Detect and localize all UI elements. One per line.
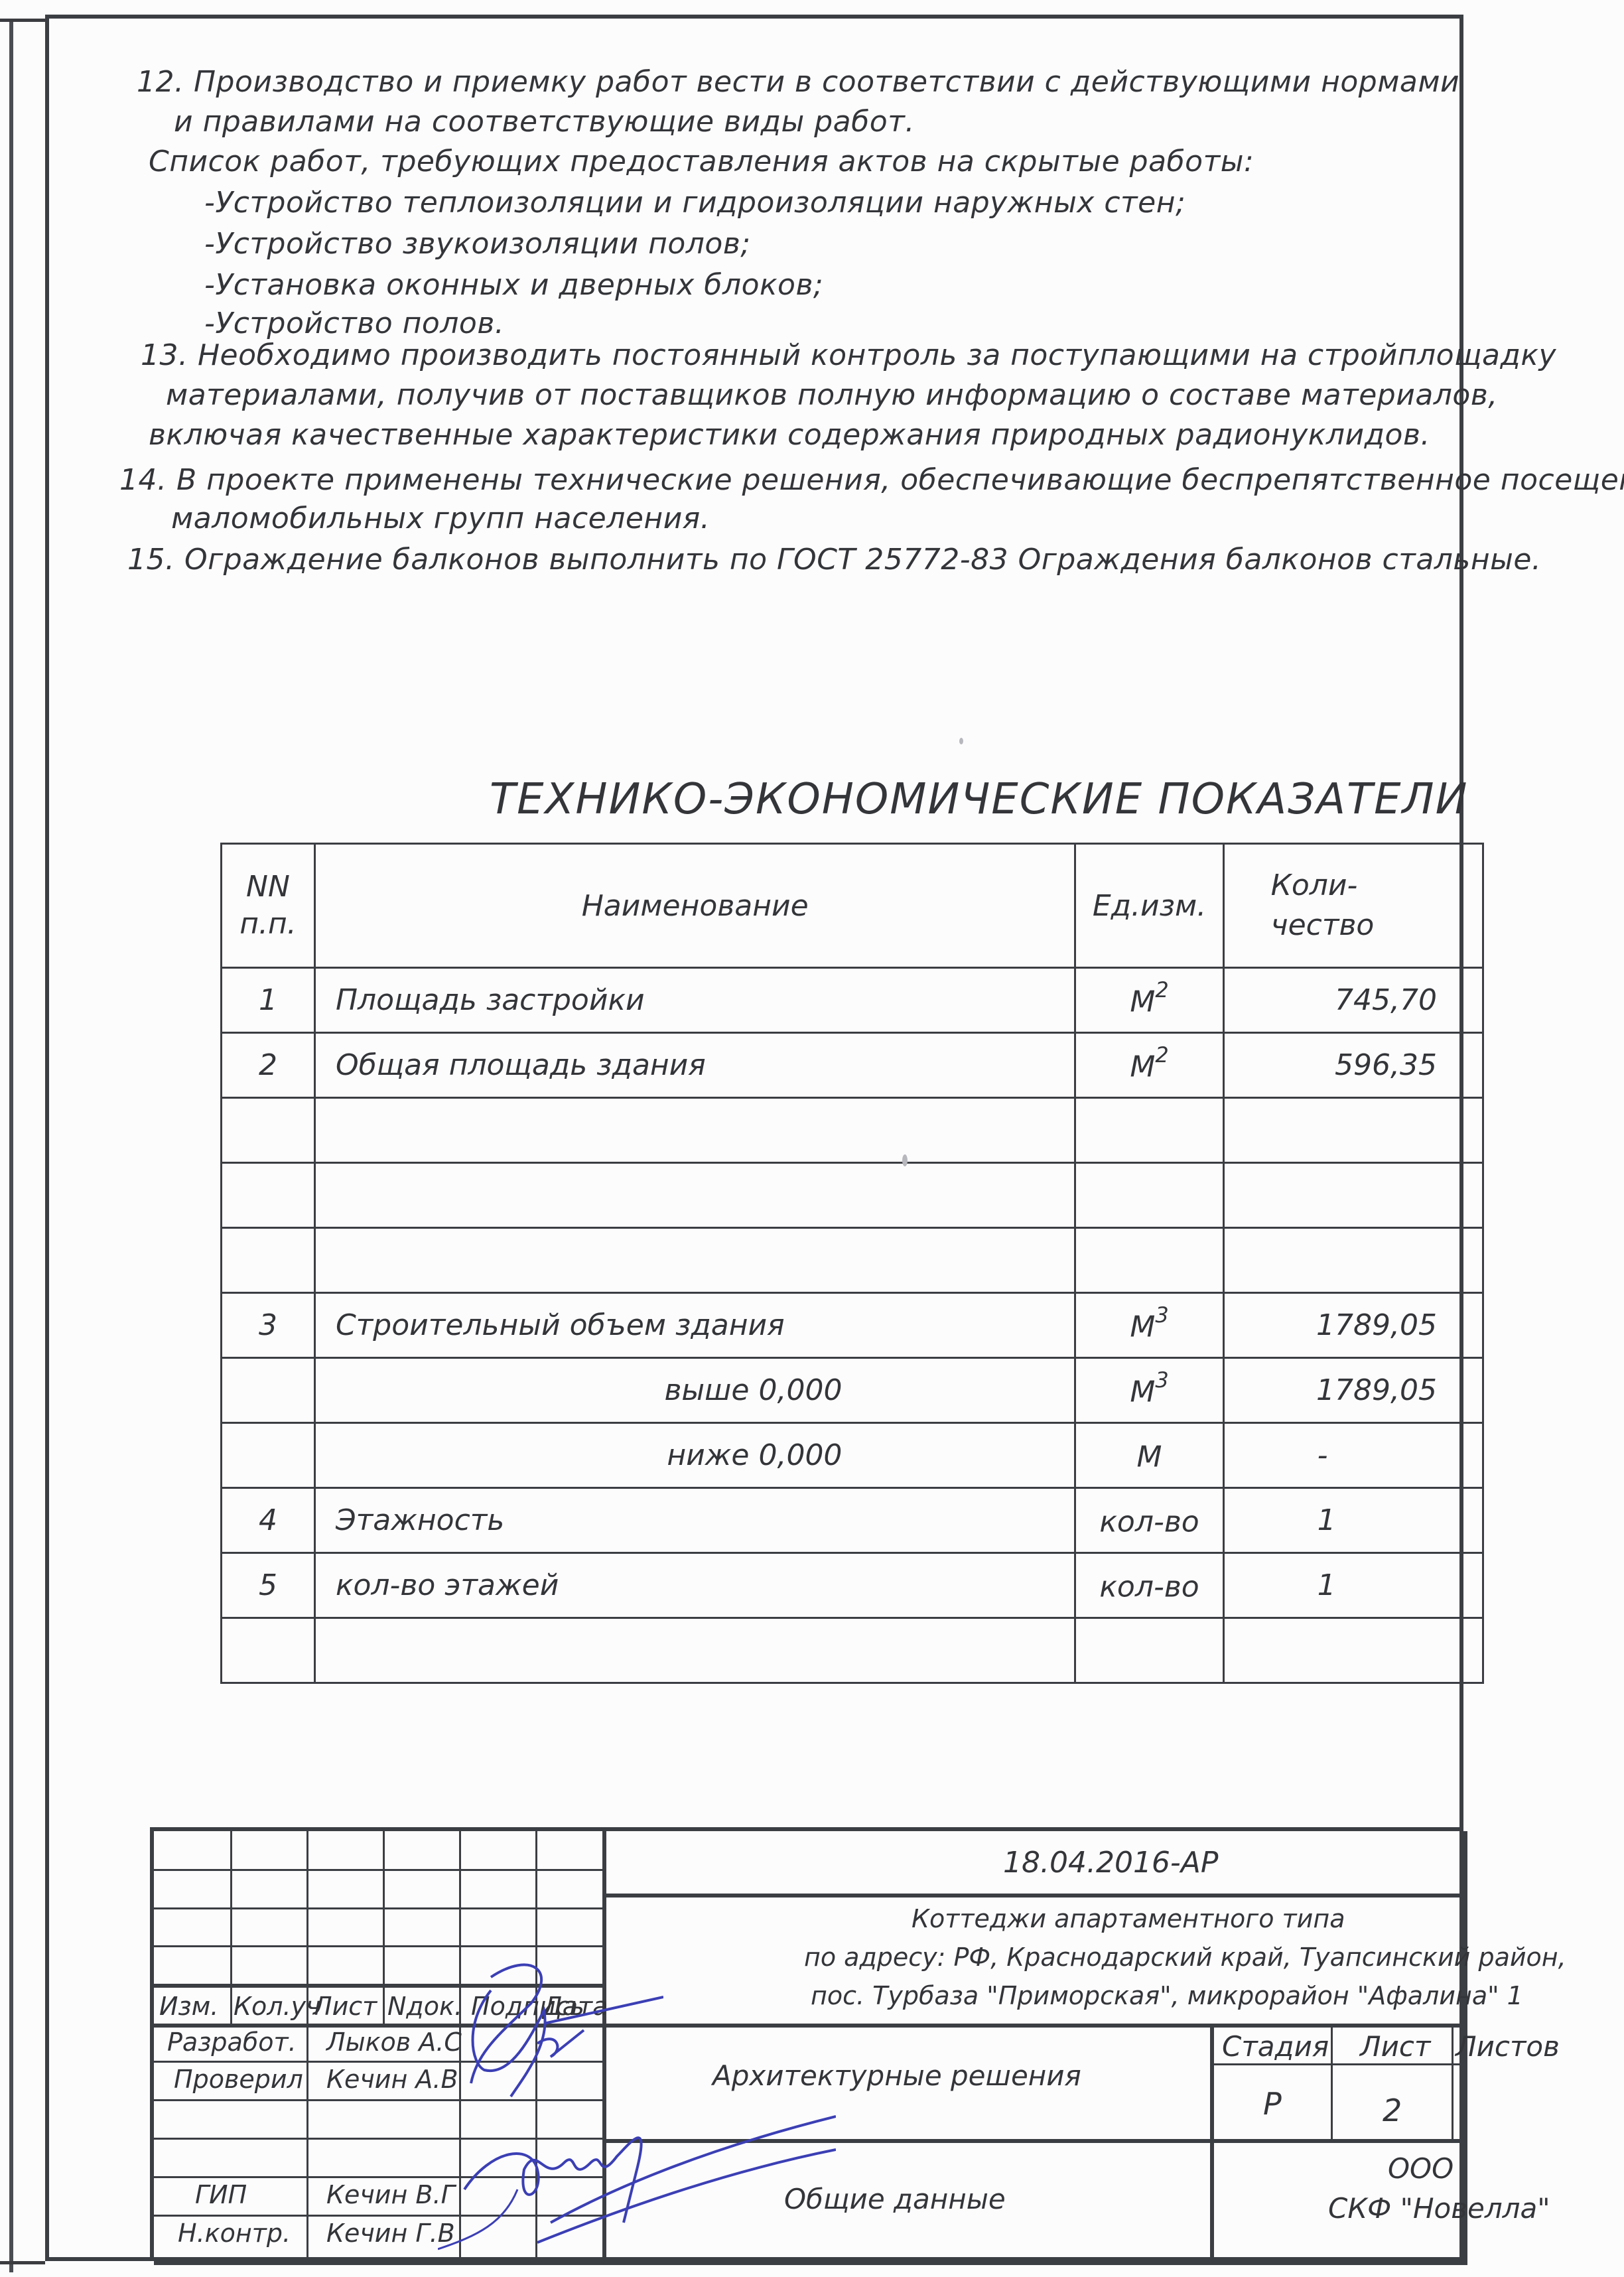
cell-qty: 1789,05 <box>1223 1358 1483 1423</box>
cell-unit <box>1075 1618 1223 1683</box>
cell-name <box>314 1163 1075 1228</box>
cell-unit: М2 <box>1075 1033 1223 1098</box>
cell-unit <box>1075 1228 1223 1293</box>
tep-row <box>222 1228 1483 1293</box>
cell-qty: 745,70 <box>1223 968 1483 1033</box>
tep-title: ТЕХНИКО-ЭКОНОМИЧЕСКИЕ ПОКАЗАТЕЛИ <box>490 775 1469 824</box>
rev-header-list: Лист <box>313 1992 377 2021</box>
cell-nn <box>222 1358 315 1423</box>
stage-value: Р <box>1263 2086 1282 2122</box>
cell-name: Общая площадь здания <box>314 1033 1075 1098</box>
sheet-number: 2 <box>1383 2093 1402 2128</box>
scan-speck <box>959 738 963 744</box>
cell-name: Этажность <box>314 1488 1075 1553</box>
project-name-line-2: по адресу: РФ, Краснодарский край, Туапс… <box>804 1943 1566 1972</box>
note-line: 13. Необходимо производить постоянный ко… <box>141 338 1556 372</box>
role-norm-control: Н.контр. <box>178 2219 291 2248</box>
cell-unit: кол-во <box>1075 1488 1223 1553</box>
header-nn: NN п.п. <box>222 844 315 968</box>
hidden-works-heading: Список работ, требующих предоставления а… <box>149 145 1254 178</box>
cell-nn <box>222 1098 315 1163</box>
cell-nn <box>222 1423 315 1488</box>
cell-nn <box>222 1618 315 1683</box>
org-type: ООО <box>1388 2152 1454 2185</box>
header-unit: Ед.изм. <box>1075 844 1223 968</box>
cell-name <box>314 1618 1075 1683</box>
cell-qty: - <box>1223 1423 1483 1488</box>
project-name-line-3: пос. Турбаза "Приморская", микрорайон "А… <box>811 1981 1523 2010</box>
note-line: маломобильных групп населения. <box>171 502 710 535</box>
cell-nn <box>222 1163 315 1228</box>
tep-row: 1Площадь застройкиМ2745,70 <box>222 968 1483 1033</box>
cell-nn: 2 <box>222 1033 315 1098</box>
tep-row: 5кол-во этажейкол-во1 <box>222 1553 1483 1618</box>
cell-unit <box>1075 1098 1223 1163</box>
cell-unit: М2 <box>1075 968 1223 1033</box>
binding-line-top <box>0 19 45 22</box>
name-checker: Кечин А.В <box>326 2065 458 2094</box>
stage-label: Стадия <box>1222 2030 1329 2063</box>
tep-row <box>222 1098 1483 1163</box>
header-qty: Коли- чество <box>1223 844 1483 968</box>
cell-nn: 5 <box>222 1553 315 1618</box>
note-line: включая качественные характеристики соде… <box>149 418 1430 452</box>
tep-row <box>222 1618 1483 1683</box>
tep-row: ниже 0,000М- <box>222 1423 1483 1488</box>
cell-nn <box>222 1228 315 1293</box>
tep-table: NN п.п. Наименование Ед.изм. Коли- честв… <box>220 843 1484 1684</box>
note-line: 15. Ограждение балконов выполнить по ГОС… <box>127 543 1541 577</box>
project-name-line-1: Коттеджи апартаментного типа <box>912 1904 1345 1933</box>
cell-qty: 1789,05 <box>1223 1293 1483 1358</box>
name-developer: Лыков А.С <box>326 2028 462 2057</box>
sheet-label: Лист <box>1360 2030 1430 2063</box>
cell-unit: кол-во <box>1075 1553 1223 1618</box>
cell-name: Площадь застройки <box>314 968 1075 1033</box>
cell-nn: 3 <box>222 1293 315 1358</box>
note-line: материалами, получив от поставщиков полн… <box>166 378 1498 412</box>
cell-unit: М3 <box>1075 1293 1223 1358</box>
section-title: Архитектурные решения <box>712 2059 1081 2092</box>
hidden-work-item: -Установка оконных и дверных блоков; <box>204 268 823 302</box>
page-binding-edge <box>9 20 20 2272</box>
scan-speck <box>902 1154 908 1166</box>
note-line: 12. Производство и приемку работ вести в… <box>137 65 1459 99</box>
cell-qty <box>1223 1228 1483 1293</box>
note-line: и правилами на соответствующие виды рабо… <box>174 105 915 139</box>
tep-row <box>222 1163 1483 1228</box>
cell-name <box>314 1098 1075 1163</box>
cell-unit: М3 <box>1075 1358 1223 1423</box>
sheets-label: Листов <box>1455 2030 1560 2063</box>
cell-qty <box>1223 1618 1483 1683</box>
cell-nn: 4 <box>222 1488 315 1553</box>
tep-row: 3Строительный объем зданияМ31789,05 <box>222 1293 1483 1358</box>
hidden-work-item: -Устройство теплоизоляции и гидроизоляци… <box>204 186 1185 220</box>
rev-header-izm: Изм. <box>159 1992 218 2021</box>
note-line: 14. В проекте применены технические реше… <box>119 463 1624 497</box>
role-developer: Разработ. <box>167 2028 297 2057</box>
tep-row: 4Этажностькол-во1 <box>222 1488 1483 1553</box>
tep-row: выше 0,000М31789,05 <box>222 1358 1483 1423</box>
org-name: СКФ "Новелла" <box>1328 2192 1550 2225</box>
cell-qty <box>1223 1098 1483 1163</box>
rev-header-date: Дата <box>543 1992 608 2021</box>
cell-qty <box>1223 1163 1483 1228</box>
tep-header-row: NN п.п. Наименование Ед.изм. Коли- честв… <box>222 844 1483 968</box>
binding-line-bottom <box>0 2261 45 2264</box>
rev-header-ndok: Nдок. <box>387 1992 462 2021</box>
cell-qty: 596,35 <box>1223 1033 1483 1098</box>
hidden-work-item: -Устройство звукоизоляции полов; <box>204 227 751 261</box>
cell-qty: 1 <box>1223 1553 1483 1618</box>
role-gip: ГИП <box>195 2180 247 2209</box>
role-checker: Проверил <box>174 2065 303 2094</box>
title-block: Изм. Кол.уч Лист Nдок. Подпись Дата Разр… <box>150 1827 1463 2261</box>
cell-name: Строительный объем здания <box>314 1293 1075 1358</box>
tep-row: 2Общая площадь зданияМ2596,35 <box>222 1033 1483 1098</box>
cell-name: кол-во этажей <box>314 1553 1075 1618</box>
header-name: Наименование <box>314 844 1075 968</box>
document-code: 18.04.2016-АР <box>1003 1846 1218 1880</box>
rev-header-kol-uch: Кол.уч <box>234 1992 321 2021</box>
hidden-work-item: -Устройство полов. <box>204 307 504 340</box>
cell-name: ниже 0,000 <box>314 1423 1075 1488</box>
sheet-title: Общие данные <box>784 2183 1006 2215</box>
cell-unit <box>1075 1163 1223 1228</box>
cell-name: выше 0,000 <box>314 1358 1075 1423</box>
cell-name <box>314 1228 1075 1293</box>
cell-nn: 1 <box>222 968 315 1033</box>
cell-qty: 1 <box>1223 1488 1483 1553</box>
name-norm-control: Кечин Г.В <box>326 2219 455 2248</box>
cell-unit: М <box>1075 1423 1223 1488</box>
name-gip: Кечин В.Г <box>326 2180 455 2209</box>
